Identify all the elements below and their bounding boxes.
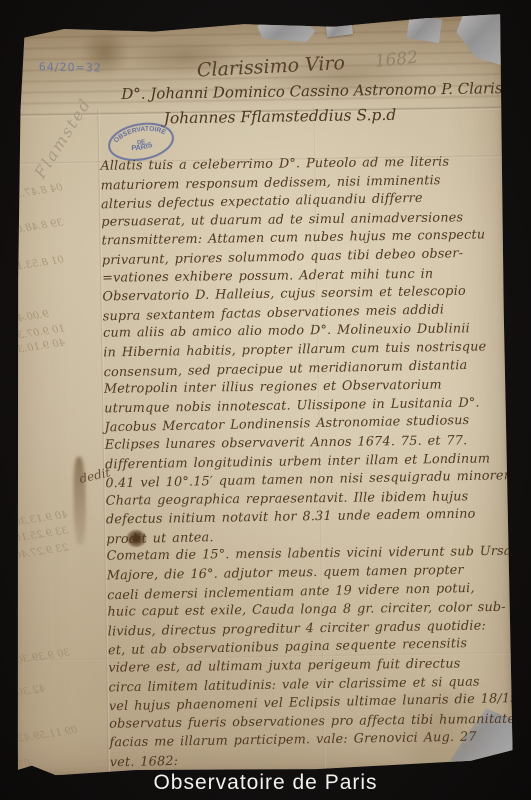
bleedthrough-number: 09 11.59.42 bbox=[17, 725, 78, 745]
manuscript-paper: 04 8.47.15 39 8.48.00 01 8.53.10 9.00.40… bbox=[4, 12, 513, 776]
address-line-2: Johannes Fflamsteddius S.p.d bbox=[164, 106, 397, 128]
archive-number: 64/20=32 bbox=[39, 60, 102, 74]
bleedthrough-number: 39 8.48.00 bbox=[9, 217, 64, 236]
bleedthrough-number: 04 8.47.15 bbox=[8, 182, 63, 201]
letter-body: Allatis tuis a celeberrimo D°. Puteolo a… bbox=[100, 152, 513, 772]
tape-patch bbox=[257, 17, 315, 42]
caption-label: Observatoire de Paris bbox=[0, 771, 531, 795]
tape-patch bbox=[325, 19, 353, 37]
bleedthrough-number: 01 8.53.10 bbox=[9, 254, 64, 273]
bleedthrough-number: 33 9.25.10 bbox=[14, 525, 69, 544]
bleedthrough-number: 23 9.27.40 bbox=[14, 542, 69, 561]
bleedthrough-number: 07 bbox=[17, 758, 31, 771]
bleedthrough-number: 30 9.39.30 bbox=[16, 647, 71, 666]
bleedthrough-number: 42.30 bbox=[16, 683, 46, 698]
photo-background: 04 8.47.15 39 8.48.00 01 8.53.10 9.00.40… bbox=[0, 0, 531, 800]
bleedthrough-number: 9.00.40 bbox=[10, 309, 49, 326]
